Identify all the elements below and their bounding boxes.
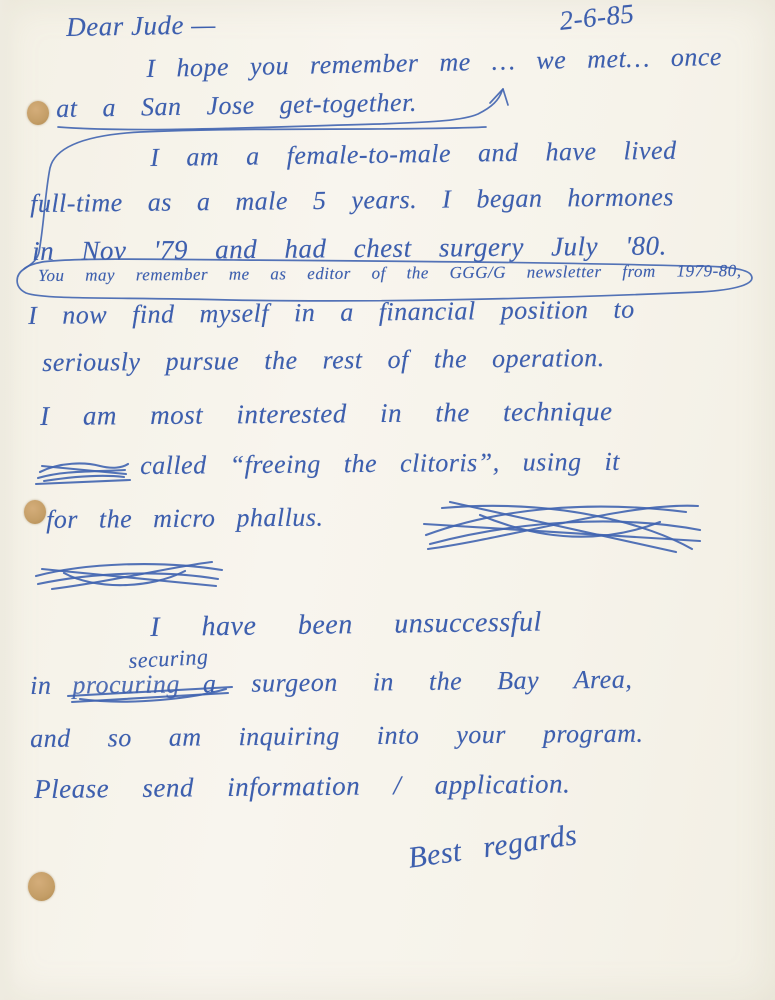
body-line-pursue: seriously pursue the rest of the operati…: [42, 343, 605, 378]
body-line-micro-phallus: for the micro phallus.: [46, 503, 324, 535]
body-line-please-send: Please send information / application.: [34, 768, 571, 805]
word-in: in: [30, 671, 52, 700]
struck-word-procuring: procuring: [72, 669, 180, 700]
salutation: Dear Jude —: [66, 9, 216, 43]
punch-hole-top: [27, 101, 49, 125]
body-line-unsuccessful: I have been unsuccessful: [150, 607, 542, 644]
body-line-interested: I am most interested in the technique: [40, 396, 613, 432]
body-line-ftm: I am a female-to-male and have lived: [150, 136, 677, 173]
closing: Best regards: [406, 818, 579, 875]
punch-hole-bottom: [28, 872, 55, 901]
punch-hole-middle: [24, 500, 46, 524]
surgeon-text: a surgeon in the Bay Area,: [203, 665, 633, 698]
body-line-freeing: called “freeing the clitoris”, using it: [140, 447, 620, 481]
scribble-below-micro-phallus: [36, 562, 222, 589]
inserted-circled-line: You may remember me as editor of the GGG…: [38, 261, 742, 286]
scribble-before-called: [36, 464, 130, 484]
body-line-inquiring: and so am inquiring into your program.: [30, 719, 644, 754]
letter-page: 2-6-85 Dear Jude — I hope you remember m…: [0, 0, 775, 1000]
scribble-after-micro-phallus: [424, 502, 700, 552]
body-line-hope: I hope you remember me … we met… once: [146, 42, 722, 84]
date: 2-6-85: [558, 0, 636, 37]
body-line-fulltime: full-time as a male 5 years. I began hor…: [30, 182, 674, 219]
body-line-financial: I now find myself in a financial positio…: [28, 295, 635, 331]
body-line-surgeon: in procuring a surgeon in the Bay Area,: [30, 665, 632, 701]
body-line-sanjose: at a San Jose get-together.: [56, 88, 417, 124]
